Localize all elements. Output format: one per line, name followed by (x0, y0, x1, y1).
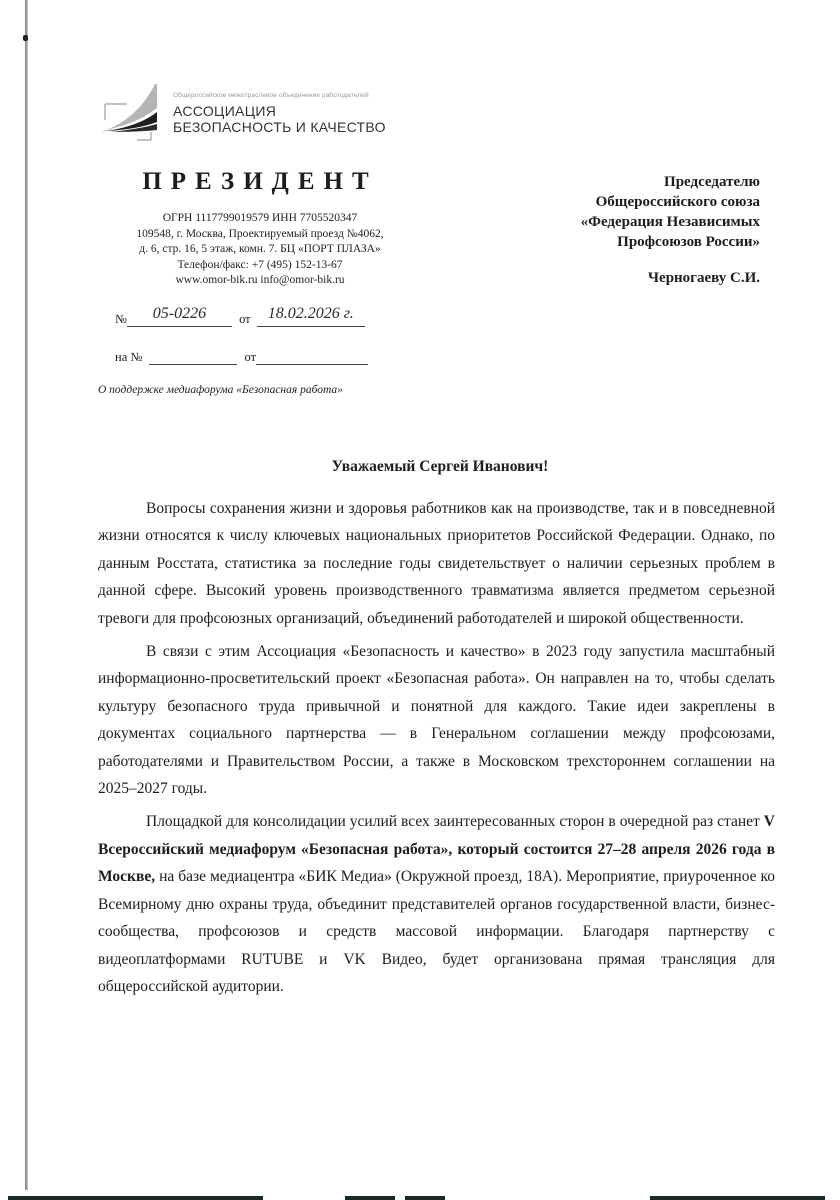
org-address-line1: 109548, г. Москва, Проектируемый проезд … (100, 227, 420, 243)
scan-edge-artifact (25, 0, 28, 1190)
reply-number-label: на № (115, 350, 142, 365)
addressee-name: Черногаеву С.И. (480, 268, 760, 288)
org-registration: ОГРН 1117799019579 ИНН 7705520347 (100, 211, 420, 227)
paragraph-2: В связи с этим Ассоциация «Безопасность … (98, 638, 775, 802)
scan-bottom-artifact (0, 1196, 840, 1200)
logo-subtitle: Общероссийское межотраслевое объединение… (173, 92, 369, 99)
outgoing-number-row: №05-0226 от 18.02.2026 г. (115, 312, 365, 327)
sender-title: ПРЕЗИДЕНТ (115, 168, 405, 196)
logo-name-line2: БЕЗОПАСНОСТЬ И КАЧЕСТВО (173, 119, 386, 135)
addressee-line3: «Федерация Независимых (480, 212, 760, 232)
reply-from-label: от (245, 350, 257, 365)
reply-number-blank (149, 350, 237, 365)
org-address-line2: д. 6, стр. 16, 5 этаж, комн. 7. БЦ «ПОРТ… (100, 242, 420, 258)
paragraph-3-start: Площадкой для консолидации усилий всех з… (146, 813, 764, 830)
organization-info: ОГРН 1117799019579 ИНН 7705520347 109548… (100, 211, 420, 289)
salutation: Уважаемый Сергей Иванович! (100, 458, 780, 476)
org-web: www.omor-bik.ru info@omor-bik.ru (100, 273, 420, 289)
from-label: от (239, 312, 251, 327)
scan-dot-artifact (23, 35, 28, 41)
outgoing-date: 18.02.2026 г. (257, 305, 365, 323)
reply-date-blank (256, 350, 368, 365)
paragraph-1: Вопросы сохранения жизни и здоровья рабо… (98, 495, 775, 632)
paragraph-3-end: на базе медиацентра «БИК Медиа» (Окружно… (98, 868, 775, 995)
addressee-line4: Профсоюзов России» (480, 232, 760, 252)
paragraph-3: Площадкой для консолидации усилий всех з… (98, 808, 775, 1000)
letter-subject: О поддержке медиафорума «Безопасная рабо… (98, 384, 343, 396)
org-phone: Телефон/факс: +7 (495) 152-13-67 (100, 258, 420, 274)
number-label: № (115, 312, 127, 327)
addressee-line2: Общероссийского союза (480, 192, 760, 212)
reply-number-row: на № от (115, 350, 368, 365)
addressee-block: Председателю Общероссийского союза «Феде… (480, 172, 760, 288)
letter-body: Вопросы сохранения жизни и здоровья рабо… (98, 495, 775, 1006)
addressee-line1: Председателю (480, 172, 760, 192)
association-logo: Общероссийское межотраслевое объединение… (97, 82, 417, 144)
outgoing-number: 05-0226 (127, 305, 232, 323)
logo-name-line1: АССОЦИАЦИЯ (173, 103, 276, 119)
association-logo-icon (97, 82, 167, 144)
